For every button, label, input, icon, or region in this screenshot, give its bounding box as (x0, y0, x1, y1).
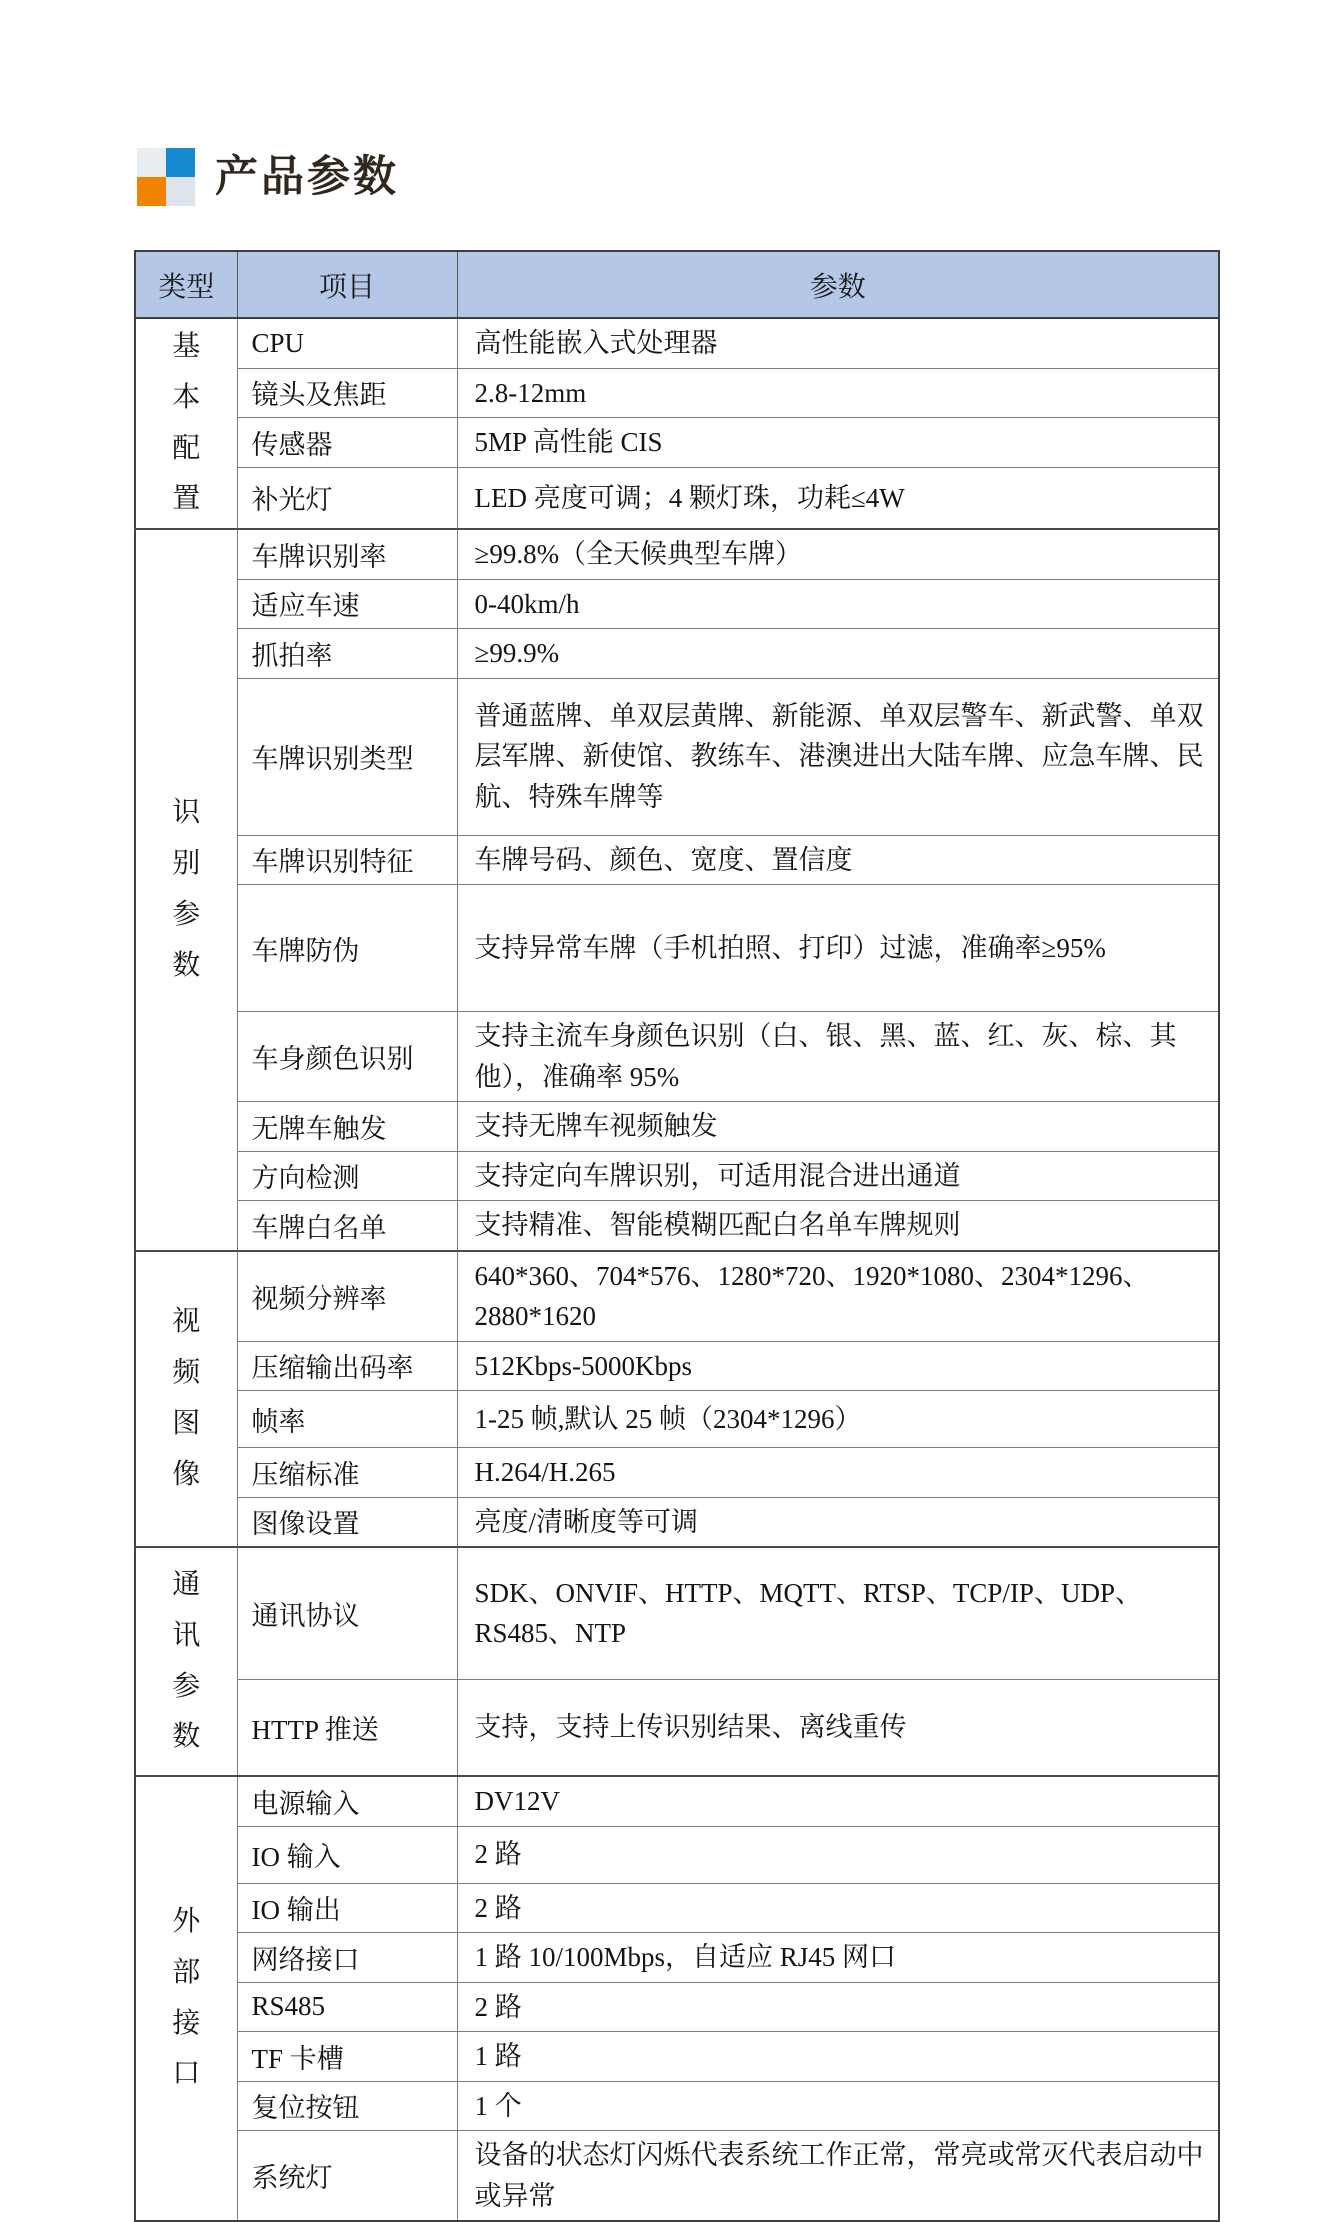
item-value: 支持无牌车视频触发 (457, 1102, 1219, 1152)
table-row: TF 卡槽1 路 (135, 2032, 1219, 2082)
section-type-vertical-text: 基本配置 (138, 332, 235, 515)
table-header-row: 类型 项目 参数 (135, 251, 1219, 318)
item-value: 2 路 (457, 1982, 1219, 2032)
spec-table: 类型 项目 参数 基本配置CPU高性能嵌入式处理器镜头及焦距2.8-12mm传感… (134, 250, 1220, 2222)
section-type-label: 识别参数 (135, 529, 237, 1251)
table-row: 压缩标准H.264/H.265 (135, 1448, 1219, 1498)
item-value: 1 路 (457, 2032, 1219, 2082)
item-value: SDK、ONVIF、HTTP、MQTT、RTSP、TCP/IP、UDP、RS48… (457, 1547, 1219, 1679)
item-label: RS485 (237, 1982, 457, 2032)
item-value: 512Kbps-5000Kbps (457, 1341, 1219, 1391)
item-label: 车牌白名单 (237, 1201, 457, 1251)
item-label: 无牌车触发 (237, 1102, 457, 1152)
section-type-vertical-text: 视频图像 (138, 1307, 235, 1490)
item-label: 复位按钮 (237, 2081, 457, 2131)
item-label: 镜头及焦距 (237, 368, 457, 418)
column-header-parameter: 参数 (457, 251, 1219, 318)
item-label: 车身颜色识别 (237, 1012, 457, 1102)
table-row: RS4852 路 (135, 1982, 1219, 2032)
page-title: 产品参数 (215, 148, 399, 206)
item-value: H.264/H.265 (457, 1448, 1219, 1498)
section-type-label: 外部接口 (135, 1776, 237, 2221)
title-bar: 产品参数 (137, 148, 399, 206)
table-row: 压缩输出码率512Kbps-5000Kbps (135, 1341, 1219, 1391)
table-row: 系统灯设备的状态灯闪烁代表系统工作正常，常亮或常灭代表启动中或异常 (135, 2131, 1219, 2222)
item-value: DV12V (457, 1776, 1219, 1826)
item-label: 通讯协议 (237, 1547, 457, 1679)
logo-square-bottom-right (166, 177, 195, 206)
table-row: 抓拍率≥99.9% (135, 629, 1219, 679)
item-label: IO 输入 (237, 1826, 457, 1883)
item-label: 压缩输出码率 (237, 1341, 457, 1391)
section-type-vertical-text: 外部接口 (138, 1907, 235, 2090)
column-header-type: 类型 (135, 251, 237, 318)
item-label: 适应车速 (237, 579, 457, 629)
item-label: 车牌识别类型 (237, 678, 457, 835)
item-label: 网络接口 (237, 1933, 457, 1983)
item-label: 图像设置 (237, 1497, 457, 1547)
table-row: 车牌白名单支持精准、智能模糊匹配白名单车牌规则 (135, 1201, 1219, 1251)
item-value: 0-40km/h (457, 579, 1219, 629)
item-value: 亮度/清晰度等可调 (457, 1497, 1219, 1547)
item-label: TF 卡槽 (237, 2032, 457, 2082)
table-row: 帧率1-25 帧,默认 25 帧（2304*1296） (135, 1391, 1219, 1448)
table-row: 识别参数车牌识别率≥99.8%（全天候典型车牌） (135, 529, 1219, 579)
item-label: 方向检测 (237, 1151, 457, 1201)
table-row: 车牌识别特征车牌号码、颜色、宽度、置信度 (135, 835, 1219, 885)
item-value: 支持精准、智能模糊匹配白名单车牌规则 (457, 1201, 1219, 1251)
logo-square-top-right (166, 148, 195, 177)
item-value: 2 路 (457, 1826, 1219, 1883)
item-value: 普通蓝牌、单双层黄牌、新能源、单双层警车、新武警、单双层军牌、新使馆、教练车、港… (457, 678, 1219, 835)
item-label: 车牌防伪 (237, 885, 457, 1012)
item-label: 压缩标准 (237, 1448, 457, 1498)
item-value: 2.8-12mm (457, 368, 1219, 418)
table-row: 适应车速0-40km/h (135, 579, 1219, 629)
section-type-label: 视频图像 (135, 1251, 237, 1548)
item-value: 5MP 高性能 CIS (457, 418, 1219, 468)
table-row: 基本配置CPU高性能嵌入式处理器 (135, 318, 1219, 368)
item-label: 视频分辨率 (237, 1251, 457, 1342)
logo-square-top-left (137, 148, 166, 177)
section-type-label: 通讯参数 (135, 1547, 237, 1776)
section-type-vertical-text: 通讯参数 (138, 1570, 235, 1753)
table-row: 补光灯LED 亮度可调；4 颗灯珠，功耗≤4W (135, 467, 1219, 529)
item-label: 车牌识别率 (237, 529, 457, 579)
column-header-item: 项目 (237, 251, 457, 318)
table-row: 通讯参数通讯协议SDK、ONVIF、HTTP、MQTT、RTSP、TCP/IP、… (135, 1547, 1219, 1679)
item-label: 车牌识别特征 (237, 835, 457, 885)
table-row: IO 输入2 路 (135, 1826, 1219, 1883)
table-row: 无牌车触发支持无牌车视频触发 (135, 1102, 1219, 1152)
item-value: ≥99.9% (457, 629, 1219, 679)
item-value: 2 路 (457, 1883, 1219, 1933)
table-row: 传感器5MP 高性能 CIS (135, 418, 1219, 468)
item-label: 系统灯 (237, 2131, 457, 2222)
table-row: 网络接口1 路 10/100Mbps，自适应 RJ45 网口 (135, 1933, 1219, 1983)
table-row: 车牌识别类型普通蓝牌、单双层黄牌、新能源、单双层警车、新武警、单双层军牌、新使馆… (135, 678, 1219, 835)
item-label: 补光灯 (237, 467, 457, 529)
table-row: 方向检测支持定向车牌识别，可适用混合进出通道 (135, 1151, 1219, 1201)
table-row: 车牌防伪支持异常车牌（手机拍照、打印）过滤，准确率≥95% (135, 885, 1219, 1012)
spec-table-body: 基本配置CPU高性能嵌入式处理器镜头及焦距2.8-12mm传感器5MP 高性能 … (135, 318, 1219, 2221)
item-label: 帧率 (237, 1391, 457, 1448)
table-row: IO 输出2 路 (135, 1883, 1219, 1933)
table-row: 镜头及焦距2.8-12mm (135, 368, 1219, 418)
item-label: HTTP 推送 (237, 1679, 457, 1776)
item-label: IO 输出 (237, 1883, 457, 1933)
item-label: CPU (237, 318, 457, 368)
item-value: 支持异常车牌（手机拍照、打印）过滤，准确率≥95% (457, 885, 1219, 1012)
item-label: 电源输入 (237, 1776, 457, 1826)
item-value: LED 亮度可调；4 颗灯珠，功耗≤4W (457, 467, 1219, 529)
item-value: 高性能嵌入式处理器 (457, 318, 1219, 368)
brand-logo-icon (137, 148, 195, 206)
item-value: 车牌号码、颜色、宽度、置信度 (457, 835, 1219, 885)
table-row: 车身颜色识别支持主流车身颜色识别（白、银、黑、蓝、红、灰、棕、其他），准确率 9… (135, 1012, 1219, 1102)
item-value: 支持，支持上传识别结果、离线重传 (457, 1679, 1219, 1776)
item-value: 1-25 帧,默认 25 帧（2304*1296） (457, 1391, 1219, 1448)
table-row: HTTP 推送支持，支持上传识别结果、离线重传 (135, 1679, 1219, 1776)
table-row: 图像设置亮度/清晰度等可调 (135, 1497, 1219, 1547)
item-value: 640*360、704*576、1280*720、1920*1080、2304*… (457, 1251, 1219, 1342)
item-value: 设备的状态灯闪烁代表系统工作正常，常亮或常灭代表启动中或异常 (457, 2131, 1219, 2222)
logo-square-bottom-left (137, 177, 166, 206)
table-row: 视频图像视频分辨率640*360、704*576、1280*720、1920*1… (135, 1251, 1219, 1342)
section-type-vertical-text: 识别参数 (138, 798, 235, 981)
table-row: 外部接口电源输入DV12V (135, 1776, 1219, 1826)
item-value: 1 路 10/100Mbps，自适应 RJ45 网口 (457, 1933, 1219, 1983)
table-row: 复位按钮1 个 (135, 2081, 1219, 2131)
item-label: 传感器 (237, 418, 457, 468)
item-value: 支持主流车身颜色识别（白、银、黑、蓝、红、灰、棕、其他），准确率 95% (457, 1012, 1219, 1102)
item-label: 抓拍率 (237, 629, 457, 679)
section-type-label: 基本配置 (135, 318, 237, 529)
item-value: ≥99.8%（全天候典型车牌） (457, 529, 1219, 579)
item-value: 支持定向车牌识别，可适用混合进出通道 (457, 1151, 1219, 1201)
item-value: 1 个 (457, 2081, 1219, 2131)
